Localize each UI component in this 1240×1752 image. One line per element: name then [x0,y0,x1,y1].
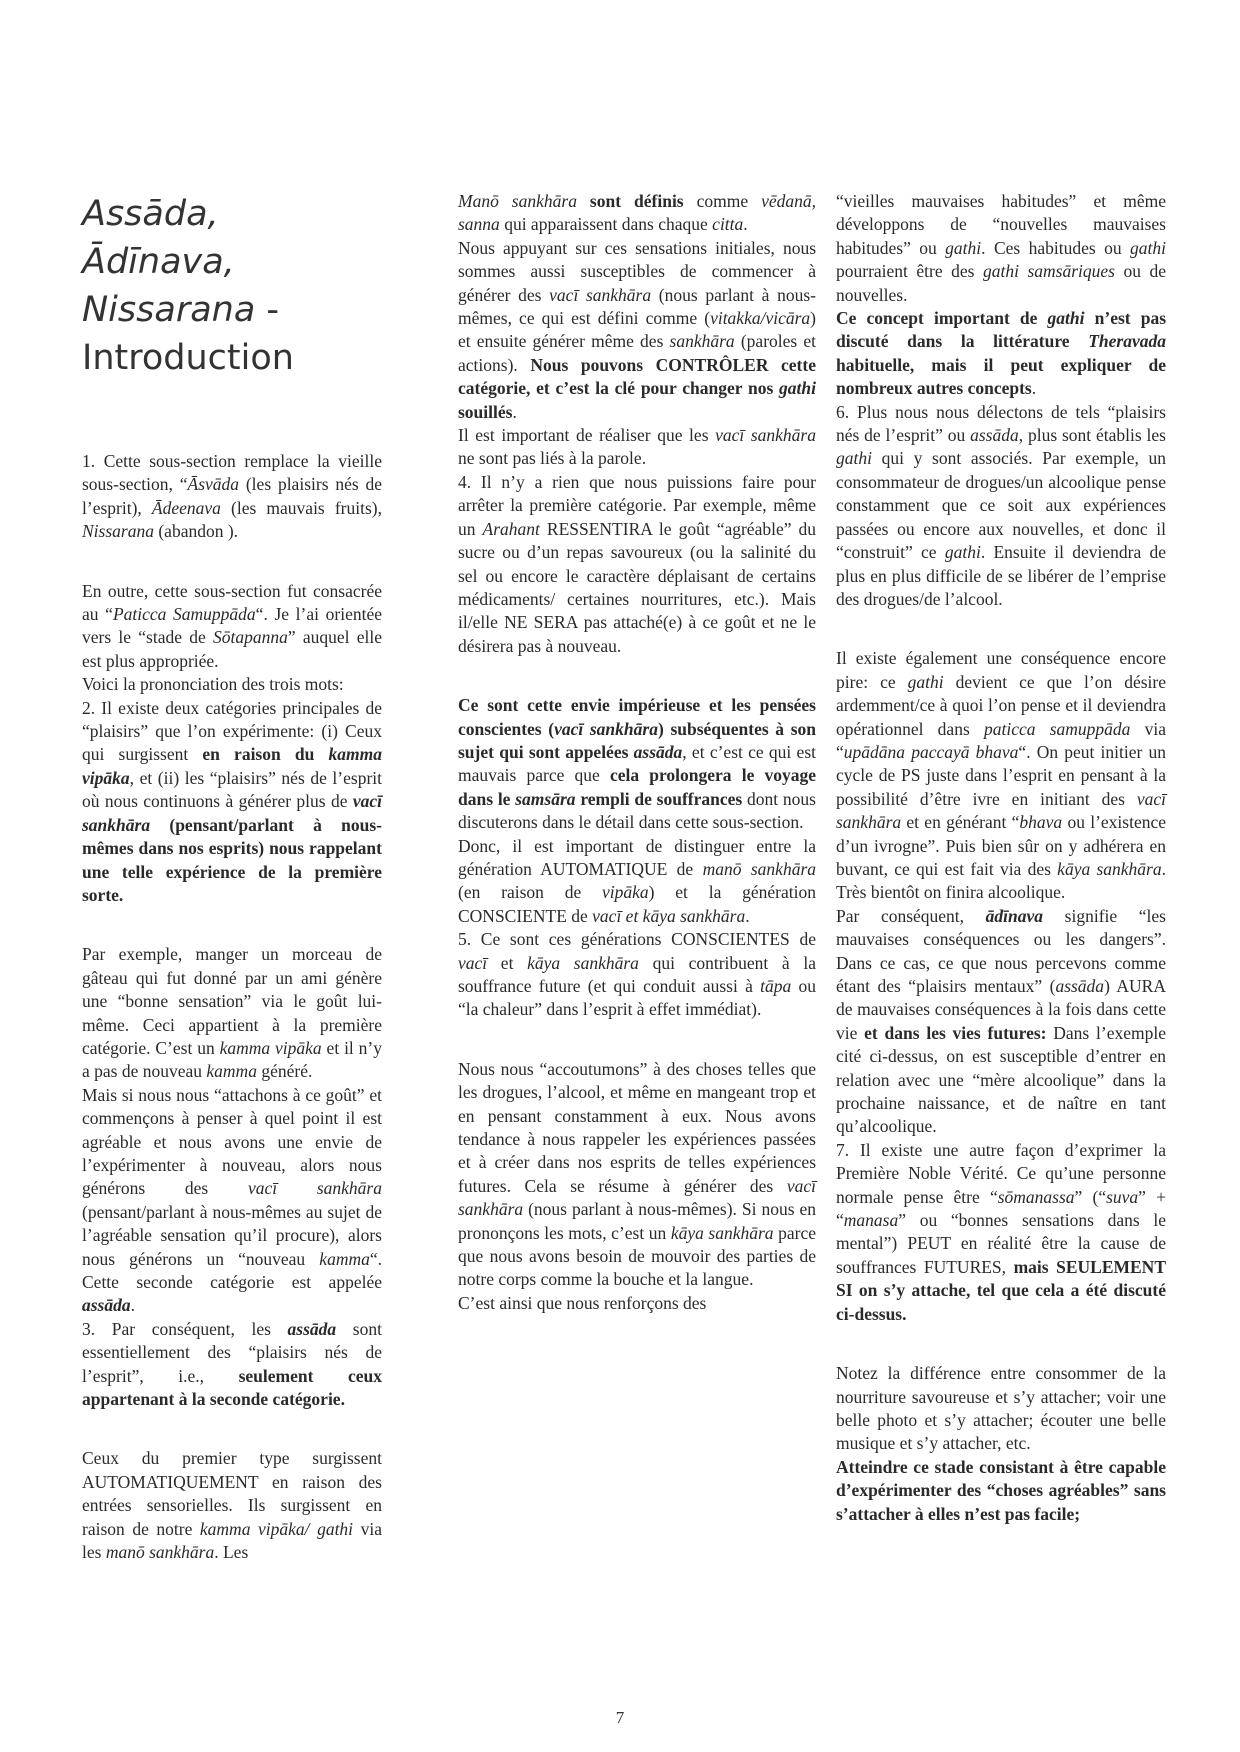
paragraph: Par conséquent, ādīnava signifie “les ma… [836,905,1166,1139]
page-title: Assāda, Ādīnava, Nissarana - Introductio… [82,190,382,382]
paragraph: Ce sont cette envie impérieuse et les pe… [458,694,816,834]
document-page: Assāda, Ādīnava, Nissarana - Introductio… [0,0,1240,1752]
paragraph: Mais si nous nous “attachons à ce goût” … [82,1084,382,1318]
paragraph: Voici la prononciation des trois mots: [82,673,382,696]
paragraph: Il est important de réaliser que les vac… [458,424,816,471]
paragraph: Nous appuyant sur ces sensations initial… [458,237,816,424]
paragraph: Il existe également une conséquence enco… [836,647,1166,904]
paragraph: Manō sankhāra sont définis comme vēdanā,… [458,190,816,237]
page-number: 7 [0,1708,1240,1728]
column-right: “vieilles mauvaises habitudes” et même d… [836,190,1166,1526]
paragraph: “vieilles mauvaises habitudes” et même d… [836,190,1166,307]
paragraph: Par exemple, manger un morceau de gâteau… [82,943,382,1083]
paragraph: 7. Il existe une autre façon d’exprimer … [836,1139,1166,1326]
column-left: Assāda, Ādīnava, Nissarana - Introductio… [82,190,382,1564]
paragraph: Ce concept important de gathi n’est pas … [836,307,1166,401]
paragraph: 4. Il n’y a rien que nous puissions fair… [458,471,816,658]
column-middle: Manō sankhāra sont définis comme vēdanā,… [458,190,816,1315]
paragraph: 6. Plus nous nous délectons de tels “pla… [836,401,1166,612]
paragraph: Donc, il est important de distinguer ent… [458,835,816,929]
title-italic: Assāda, Ādīnava, Nissarana [82,194,255,330]
paragraph: 2. Il existe deux catégories principales… [82,697,382,908]
paragraph: Nous nous “accoutumons” à des choses tel… [458,1058,816,1292]
paragraph: En outre, cette sous-section fut consacr… [82,580,382,674]
paragraph: Notez la différence entre consommer de l… [836,1362,1166,1456]
paragraph: 3. Par conséquent, les assāda sont essen… [82,1318,382,1412]
paragraph: 1. Cette sous-section remplace la vieill… [82,450,382,544]
paragraph: 5. Ce sont ces générations CONSCIENTES d… [458,928,816,1022]
paragraph: Ceux du premier type surgissent AUTOMATI… [82,1447,382,1564]
paragraph: Atteindre ce stade consistant à être cap… [836,1456,1166,1526]
paragraph: C’est ainsi que nous renforçons des [458,1292,816,1315]
